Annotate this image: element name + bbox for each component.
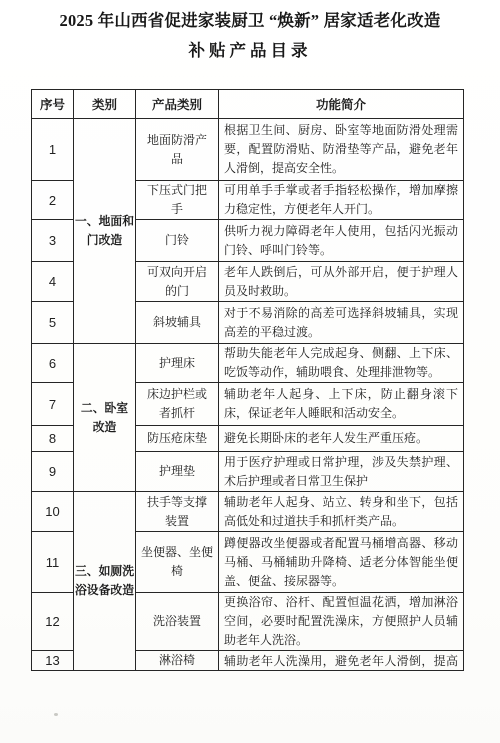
row-number-cell: 6: [32, 344, 74, 383]
function-desc-cell: 根据卫生间、厨房、卧室等地面防滑处理需要，配置防滑贴、防滑垫等产品，避免老年人滑…: [219, 119, 464, 181]
product-type-cell: 下压式门把 手: [136, 181, 219, 220]
table-row: 10 三、如厕洗 浴设备改造 扶手等支撑 装置 辅助老年人起身、站立、转身和坐下…: [32, 492, 464, 532]
product-type-cell: 门铃: [136, 220, 219, 262]
product-type-cell: 护理床: [136, 344, 219, 383]
column-header-category: 类别: [74, 90, 136, 119]
product-catalog-table: 序号 类别 产品类别 功能简介 1 一、地面和 门改造 地面防滑产 品 根据卫生…: [31, 89, 464, 671]
product-type-cell: 地面防滑产 品: [136, 119, 219, 181]
function-desc-cell: 辅助老年人起身、站立、转身和坐下，包括高低处和过道扶手和抓杆类产品。: [219, 492, 464, 532]
product-type-cell: 淋浴椅: [136, 651, 219, 671]
row-number-cell: 3: [32, 220, 74, 262]
function-desc-cell: 帮助失能老年人完成起身、侧翻、上下床、吃饭等动作，辅助喂食、处理排泄物等。: [219, 344, 464, 383]
row-number-cell: 2: [32, 181, 74, 220]
function-desc-cell: 对于不易消除的高差可选择斜坡辅具，实现高差的平稳过渡。: [219, 302, 464, 344]
column-header-index: 序号: [32, 90, 74, 119]
product-type-cell: 可双向开启 的门: [136, 262, 219, 302]
table-row: 1 一、地面和 门改造 地面防滑产 品 根据卫生间、厨房、卧室等地面防滑处理需要…: [32, 119, 464, 181]
function-desc-cell: 供听力视力障碍老年人使用，包括闪光振动门铃、呼叫门铃等。: [219, 220, 464, 262]
row-number-cell: 8: [32, 426, 74, 452]
scan-artifact-dot: [54, 713, 58, 716]
row-number-cell: 13: [32, 651, 74, 671]
row-number-cell: 11: [32, 532, 74, 593]
function-desc-cell: 蹲便器改坐便器或者配置马桶增高器、移动马桶、马桶辅助升降椅、适老分体智能坐便盖、…: [219, 532, 464, 593]
product-type-cell: 坐便器、坐便 椅: [136, 532, 219, 593]
table-header-row: 序号 类别 产品类别 功能简介: [32, 90, 464, 119]
product-type-cell: 床边护栏或 者抓杆: [136, 383, 219, 426]
category-group-cell: 二、卧室 改造: [74, 344, 136, 492]
row-number-cell: 4: [32, 262, 74, 302]
function-desc-cell: 可用单手手掌或者手指轻松操作，增加摩擦力稳定性，方便老年人开门。: [219, 181, 464, 220]
title-line-1: 2025 年山西省促进家装厨卫 “焕新” 居家适老化改造: [0, 6, 500, 36]
function-desc-cell: 避免长期卧床的老年人发生严重压疮。: [219, 426, 464, 452]
product-type-cell: 护理垫: [136, 452, 219, 492]
column-header-function: 功能简介: [219, 90, 464, 119]
column-header-product-type: 产品类别: [136, 90, 219, 119]
function-desc-cell: 辅助老年人洗澡用，避免老年人滑倒，提高安: [219, 651, 464, 671]
table-row: 6 二、卧室 改造 护理床 帮助失能老年人完成起身、侧翻、上下床、吃饭等动作，辅…: [32, 344, 464, 383]
function-desc-cell: 用于医疗护理或日常护理，涉及失禁护理、术后护理或者日常卫生保护: [219, 452, 464, 492]
row-number-cell: 1: [32, 119, 74, 181]
category-group-cell: 一、地面和 门改造: [74, 119, 136, 344]
document-title: 2025 年山西省促进家装厨卫 “焕新” 居家适老化改造 补贴产品目录: [0, 6, 500, 66]
function-desc-cell: 老年人跌倒后，可从外部开启，便于护理人员及时救助。: [219, 262, 464, 302]
row-number-cell: 10: [32, 492, 74, 532]
row-number-cell: 9: [32, 452, 74, 492]
product-type-cell: 扶手等支撑 装置: [136, 492, 219, 532]
truncated-desc-text: 辅助老年人洗澡用，避免老年人滑倒，提高安: [224, 652, 458, 670]
product-type-cell: 斜坡辅具: [136, 302, 219, 344]
row-number-cell: 12: [32, 593, 74, 651]
document-page: 2025 年山西省促进家装厨卫 “焕新” 居家适老化改造 补贴产品目录 序号 类…: [0, 0, 500, 743]
category-group-cell: 三、如厕洗 浴设备改造: [74, 492, 136, 671]
function-desc-cell: 更换浴帘、浴杆、配置恒温花洒，增加淋浴空间，必要时配置洗澡床，方便照护人员辅助老…: [219, 593, 464, 651]
title-line-2: 补贴产品目录: [0, 36, 500, 66]
row-number-cell: 7: [32, 383, 74, 426]
product-type-cell: 洗浴装置: [136, 593, 219, 651]
product-type-cell: 防压疮床垫: [136, 426, 219, 452]
row-number-cell: 5: [32, 302, 74, 344]
function-desc-cell: 辅助老年人起身、上下床，防止翻身滚下床，保证老年人睡眠和活动安全。: [219, 383, 464, 426]
